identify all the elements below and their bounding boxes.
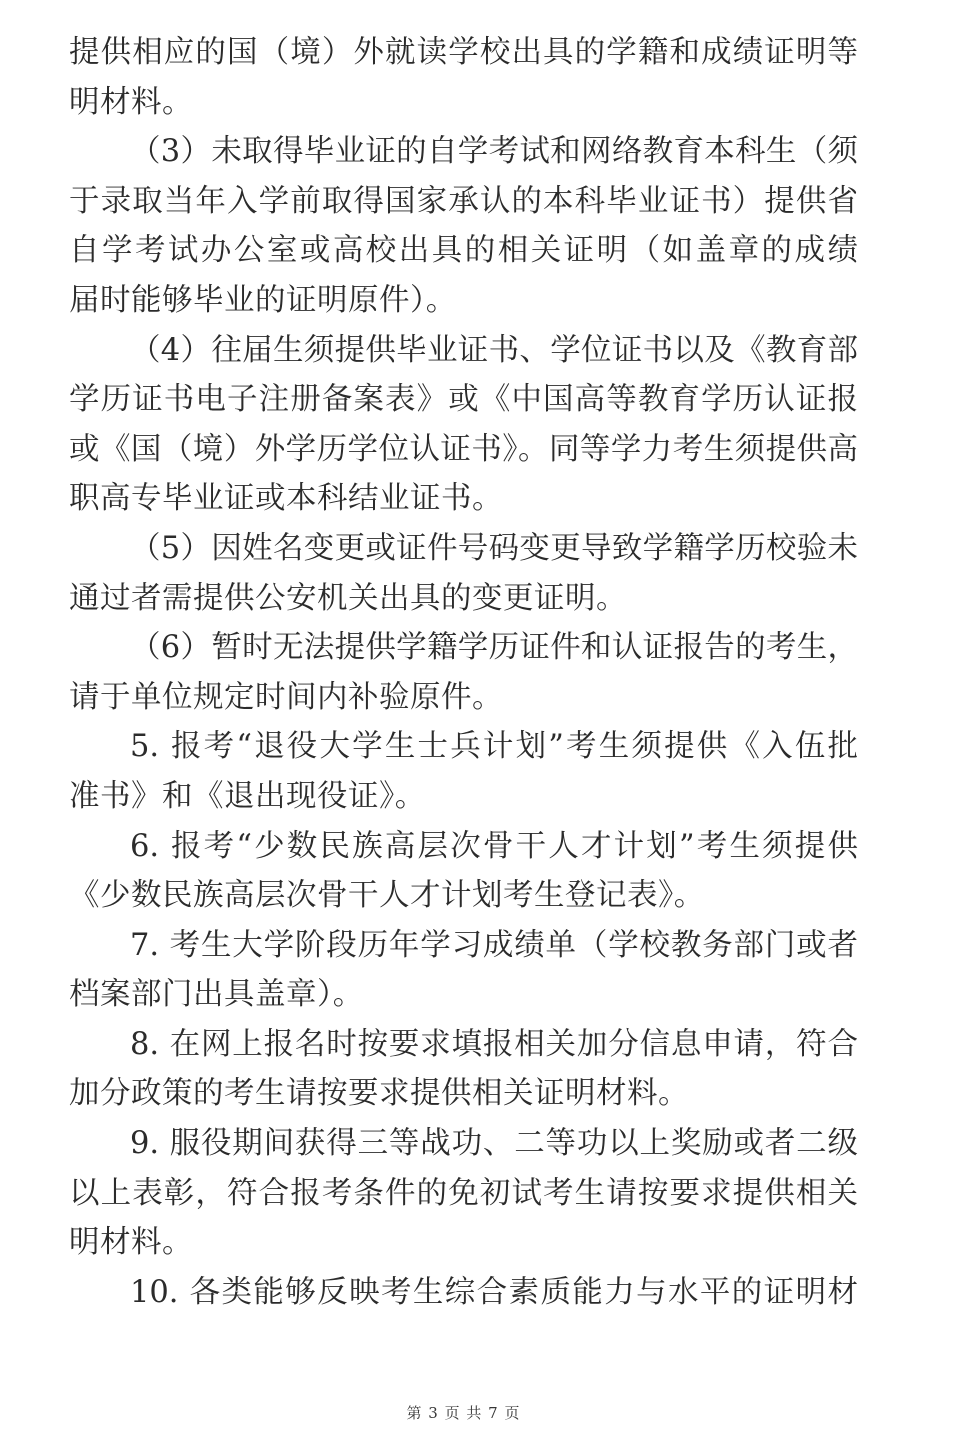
text-line: 《少数民族高层次骨干人才计划考生登记表》。 (69, 871, 858, 921)
text-line: （6）暂时无法提供学籍学历证件和认证报告的考生， (69, 623, 858, 673)
document-text-block: 提供相应的国（境）外就读学校出具的学籍和成绩证明等证 明材料。 （3）未取得毕业… (69, 28, 858, 1317)
text-line: 5. 报考“退役大学生士兵计划”考生须提供《入伍批 (69, 722, 858, 772)
text-line: 职高专毕业证或本科结业证书。 (69, 474, 858, 524)
text-line: 8. 在网上报名时按要求填报相关加分信息申请，符合 (69, 1020, 858, 1070)
text-line: 以上表彰，符合报考条件的免初试考生请按要求提供相关证 (69, 1169, 858, 1219)
text-line: （4）往届生须提供毕业证书、学位证书以及《教育部 (69, 326, 858, 376)
text-line: 加分政策的考生请按要求提供相关证明材料。 (69, 1069, 858, 1119)
text-line: 或《国（境）外学历学位认证书》。同等学力考生须提供高 (69, 425, 858, 475)
text-line: 提供相应的国（境）外就读学校出具的学籍和成绩证明等证 (69, 28, 858, 78)
page-footer: 第 3 页 共 7 页 (69, 1401, 858, 1425)
text-line: 6. 报考“少数民族高层次骨干人才计划”考生须提供 (69, 822, 858, 872)
text-line: 明材料。 (69, 78, 858, 128)
text-line: （3）未取得毕业证的自学考试和网络教育本科生（须 (69, 127, 858, 177)
text-line: 学历证书电子注册备案表》或《中国高等教育学历认证报告》 (69, 375, 858, 425)
text-line: 档案部门出具盖章）。 (69, 970, 858, 1020)
text-line: 9. 服役期间获得三等战功、二等功以上奖励或者二级 (69, 1119, 858, 1169)
text-line: 届时能够毕业的证明原件）。 (69, 276, 858, 326)
text-line: 于录取当年入学前取得国家承认的本科毕业证书）提供省市 (69, 177, 858, 227)
text-line: 准书》和《退出现役证》。 (69, 772, 858, 822)
document-page: 提供相应的国（境）外就读学校出具的学籍和成绩证明等证 明材料。 （3）未取得毕业… (0, 0, 960, 1454)
text-line: 7. 考生大学阶段历年学习成绩单（学校教务部门或者 (69, 921, 858, 971)
text-line: 10. 各类能够反映考生综合素质能力与水平的证明材料 (69, 1268, 858, 1318)
text-line: （5）因姓名变更或证件号码变更导致学籍学历校验未 (69, 524, 858, 574)
text-line: 明材料。 (69, 1218, 858, 1268)
text-line: 请于单位规定时间内补验原件。 (69, 673, 858, 723)
text-line: 自学考试办公室或高校出具的相关证明（如盖章的成绩单、 (69, 226, 858, 276)
text-line: 通过者需提供公安机关出具的变更证明。 (69, 574, 858, 624)
